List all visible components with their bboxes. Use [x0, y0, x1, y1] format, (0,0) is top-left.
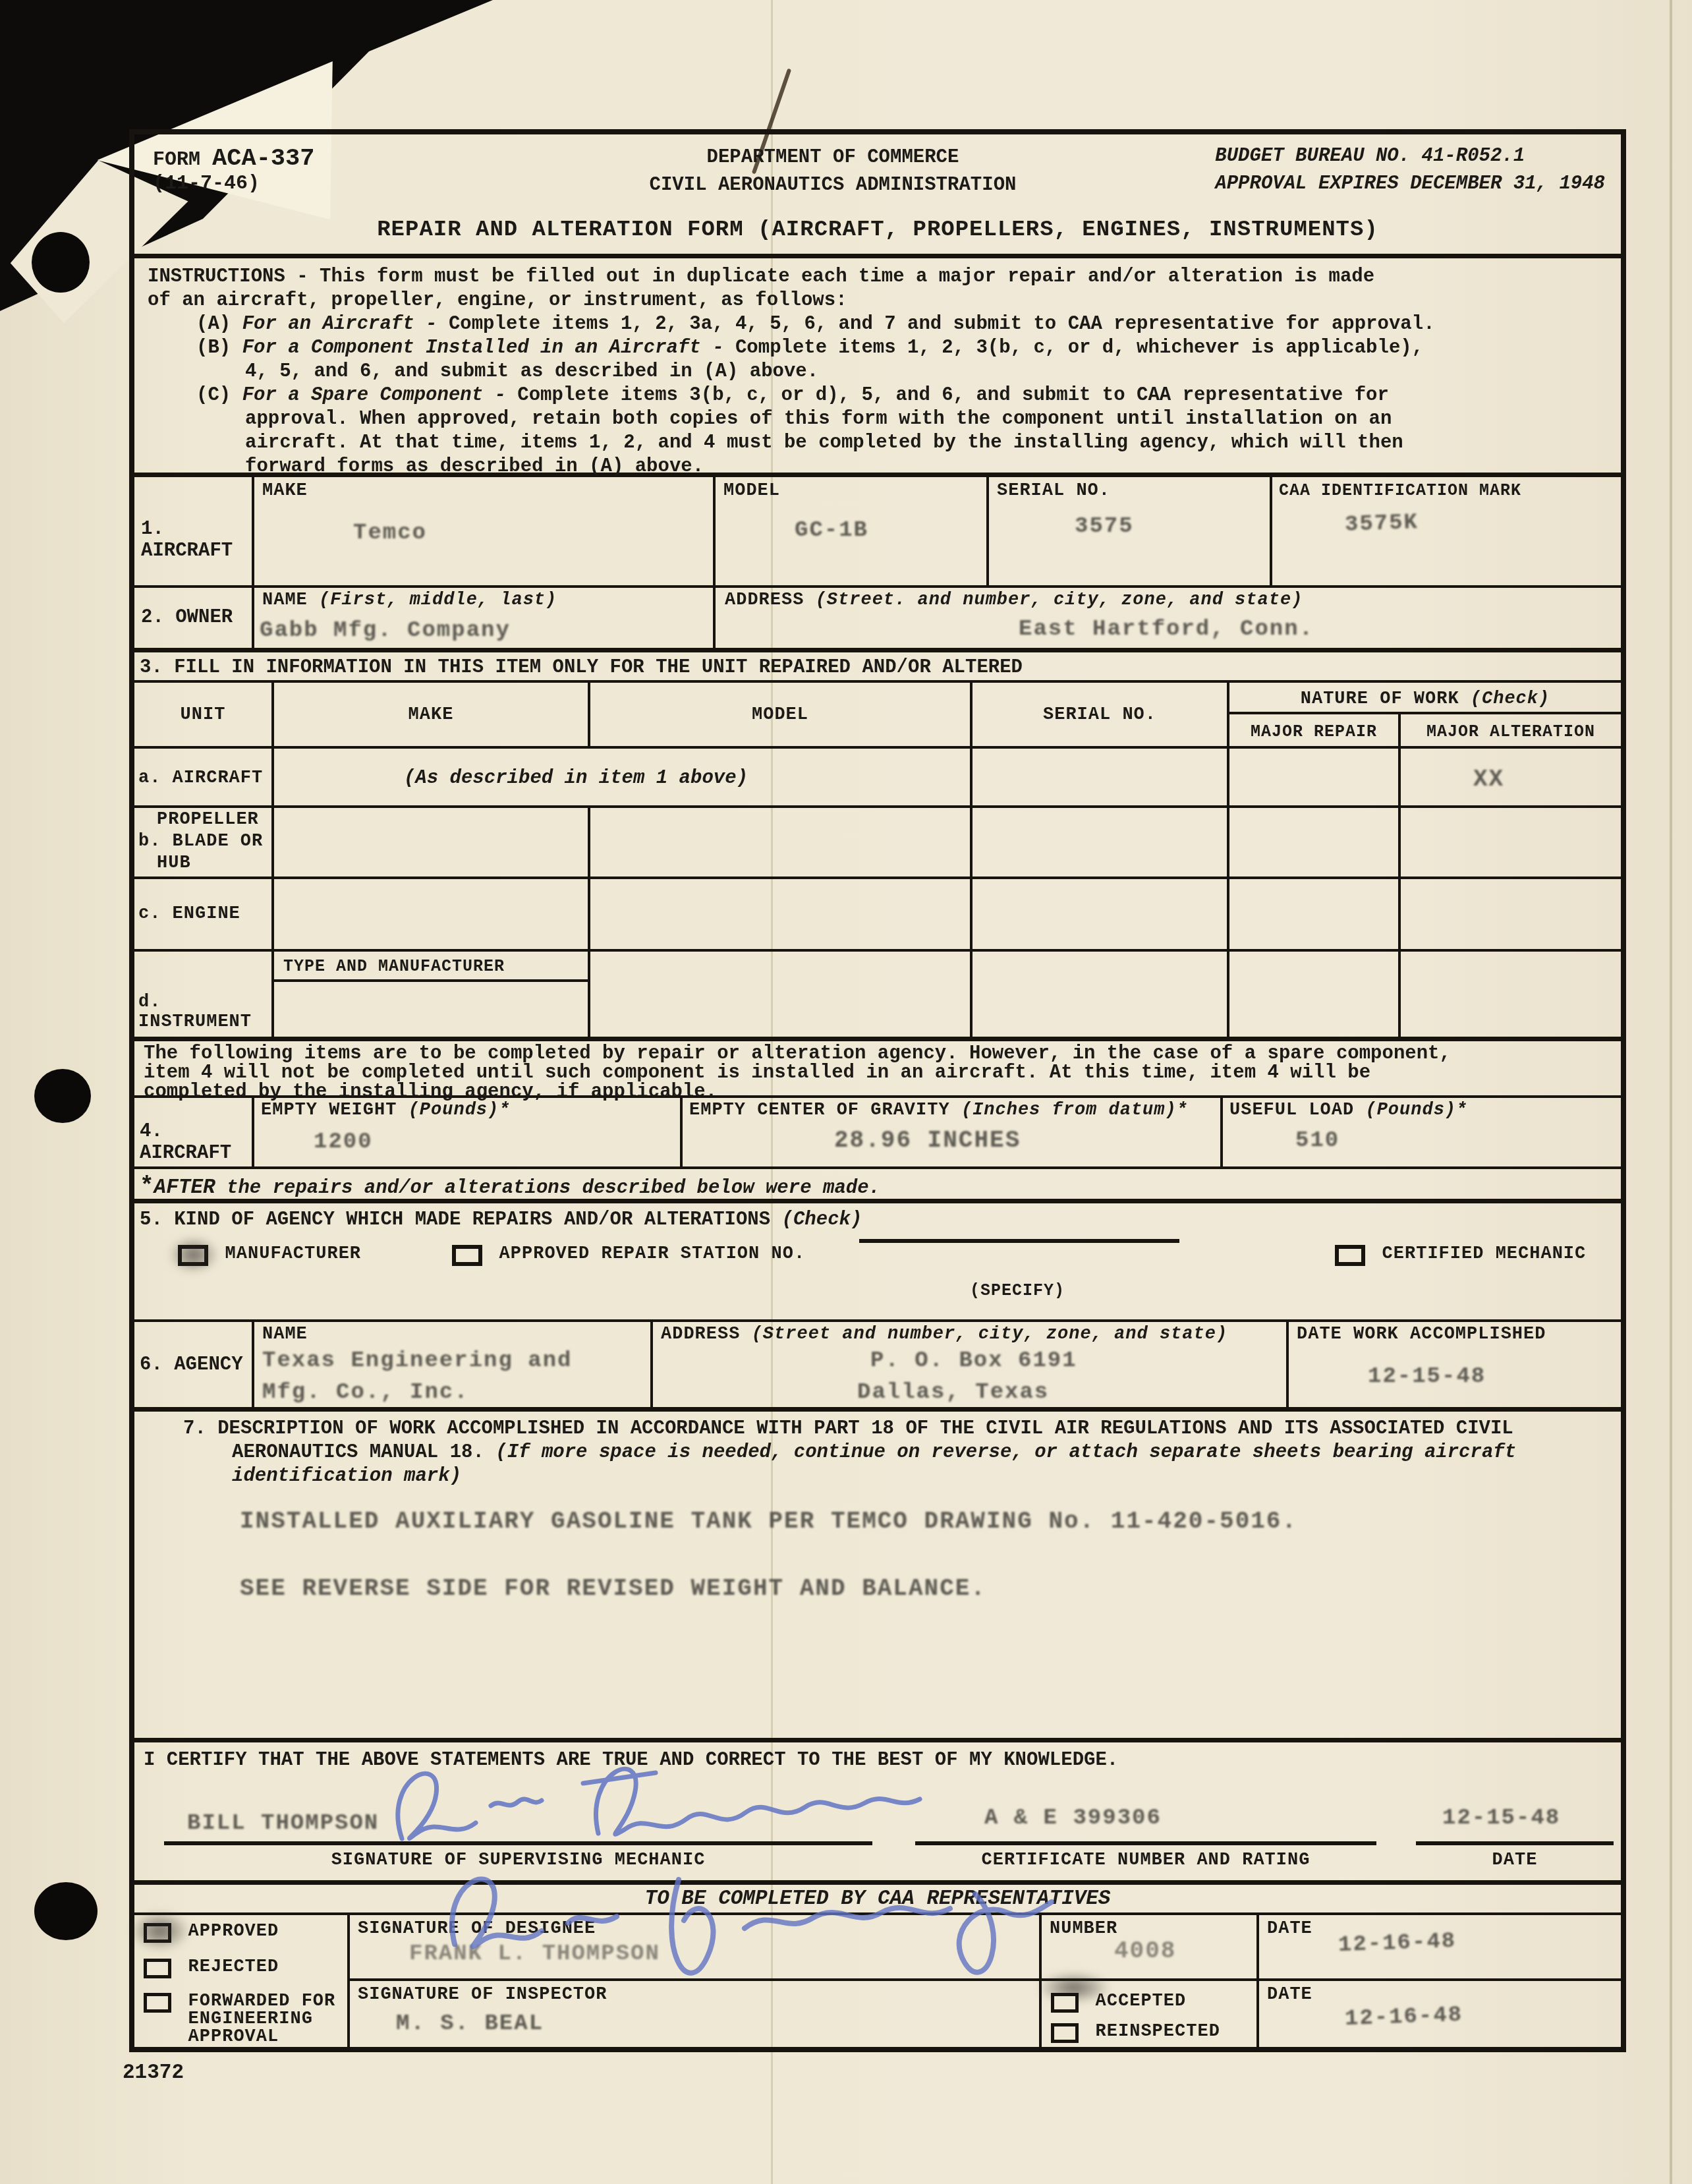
row-b-major-repair-cell[interactable]: [1229, 808, 1401, 876]
instructions-label: INSTRUCTIONS -: [148, 266, 308, 287]
row-c-model-cell[interactable]: [590, 879, 973, 949]
item1-aircraft-row: 1. AIRCRAFT MAKE Temco MODEL GC-1B SERIA…: [134, 477, 1621, 588]
owner-address-label: ADDRESS (Street. and number, city, zone,…: [716, 588, 1621, 610]
agency-name-field[interactable]: NAME Texas Engineering and Mfg. Co., Inc…: [254, 1322, 653, 1407]
empty-weight-field[interactable]: EMPTY WEIGHT (Pounds)* 1200: [254, 1098, 683, 1166]
certified-mechanic-checkbox[interactable]: [1335, 1245, 1365, 1266]
approved-label: APPROVED: [188, 1922, 279, 1941]
item4-footnote: *AFTER the repairs and/or alterations de…: [134, 1169, 1621, 1203]
certificate-number-value: A & E 399306: [984, 1806, 1162, 1831]
instruction-b-lead: For a Component Installed in an Aircraft…: [242, 337, 724, 359]
budget-line1: BUDGET BUREAU NO. 41-R052.1: [1215, 142, 1605, 170]
aircraft-caa-id-field[interactable]: CAA IDENTIFICATION MARK 3575K: [1272, 477, 1621, 585]
title-row: REPAIR AND ALTERATION FORM (AIRCRAFT, PR…: [134, 212, 1621, 258]
row-a-major-repair-cell[interactable]: [1229, 749, 1401, 805]
row-b-major-alteration-cell[interactable]: [1401, 808, 1621, 876]
caa-id-label: CAA IDENTIFICATION MARK: [1272, 477, 1621, 500]
major-alteration-label: MAJOR ALTERATION: [1401, 714, 1621, 746]
row-c-serial-cell[interactable]: [973, 879, 1229, 949]
accepted-option[interactable]: ACCEPTED: [1051, 1992, 1186, 2013]
certificate-number-line[interactable]: [915, 1841, 1376, 1845]
work-description-area[interactable]: [148, 1497, 1608, 1731]
item1-label: 1. AIRCRAFT: [141, 518, 252, 561]
mechanic-signature-label: SIGNATURE OF SUPERVISING MECHANIC: [164, 1851, 872, 1870]
row-a-note: (As described in item 1 above): [274, 749, 970, 789]
row-d-major-alteration-cell[interactable]: [1401, 952, 1621, 1037]
accepted-label: ACCEPTED: [1096, 1992, 1187, 2011]
caa-table: APPROVED REJECTED FORWARDED FOR ENGINEER…: [134, 1915, 1621, 2047]
aircraft-model-value: GC-1B: [795, 518, 868, 543]
owner-name-value: Gabb Mfg. Company: [260, 618, 511, 643]
instruction-c-line4: forward forms as described in (A) above.: [148, 455, 1608, 478]
owner-address-value: East Hartford, Conn.: [1019, 617, 1314, 642]
repair-alteration-form: FORM ACA-337 (11-7-46) DEPARTMENT OF COM…: [129, 129, 1626, 2052]
instruction-c-line2: approval. When approved, retain both cop…: [148, 407, 1608, 431]
row-c-make-cell[interactable]: [274, 879, 590, 949]
item7-heading: 7. DESCRIPTION OF WORK ACCOMPLISHED IN A…: [134, 1412, 1621, 1488]
item5-heading: 5. KIND OF AGENCY WHICH MADE REPAIRS AND…: [134, 1203, 1621, 1230]
instructions-section: INSTRUCTIONS - This form must be filled …: [134, 258, 1621, 477]
row-a-serial-cell[interactable]: [973, 749, 1229, 805]
form-number: ACA-337: [212, 145, 314, 173]
aircraft-caa-id-value: 3575K: [1344, 510, 1419, 538]
certify-date-value: 12-15-48: [1442, 1806, 1560, 1831]
manufacturer-option-label: MANUFACTURER: [225, 1244, 361, 1264]
item6-agency-row: 6. AGENCY NAME Texas Engineering and Mfg…: [134, 1322, 1621, 1412]
instruction-b-line2: 4, 5, and 6, and submit as described in …: [148, 360, 1608, 384]
inspector-date-cell[interactable]: DATE 12-16-48: [1259, 1981, 1621, 2047]
repair-station-number-line[interactable]: [859, 1239, 1179, 1243]
item2-label: 2. OWNER: [141, 606, 233, 628]
item3-table-header: UNIT MAKE MODEL SERIAL NO. NATURE OF WOR…: [134, 683, 1621, 749]
row-b-label-cell: PROPELLER b. BLADE OR HUB: [134, 808, 274, 876]
date-work-accomplished-field[interactable]: DATE WORK ACCOMPLISHED 12-15-48: [1289, 1322, 1621, 1407]
inspector-label: SIGNATURE OF INSPECTOR: [350, 1981, 1039, 2005]
col-model-header: MODEL: [590, 683, 973, 746]
row-d-serial-cell[interactable]: [973, 952, 1229, 1037]
agency-name-value-line2: Mfg. Co., Inc.: [262, 1380, 469, 1405]
certification-section: I CERTIFY THAT THE ABOVE STATEMENTS ARE …: [134, 1742, 1621, 1885]
item4-aircraft-row: 4. AIRCRAFT EMPTY WEIGHT (Pounds)* 1200 …: [134, 1098, 1621, 1169]
empty-weight-label: EMPTY WEIGHT (Pounds)*: [254, 1098, 680, 1120]
control-number: 21372: [123, 2061, 184, 2084]
item3-row-propeller: PROPELLER b. BLADE OR HUB: [134, 808, 1621, 879]
inspector-typed-name: M. S. BEAL: [396, 2011, 544, 2036]
department-block: DEPARTMENT OF COMMERCE CIVIL AERONAUTICS…: [503, 144, 1162, 199]
owner-name-label: NAME (First, middle, last): [254, 588, 713, 610]
instruction-a-lead: For an Aircraft -: [242, 313, 437, 335]
instruction-c-line1: (C) For a Spare Component - Complete ite…: [148, 384, 1608, 407]
instructions-intro-line1: INSTRUCTIONS - This form must be filled …: [148, 265, 1608, 289]
cg-label: EMPTY CENTER OF GRAVITY (Inches from dat…: [683, 1098, 1220, 1120]
useful-load-label: USEFUL LOAD (Pounds)*: [1223, 1098, 1621, 1120]
instruction-c-lead: For a Spare Component -: [242, 384, 506, 406]
designee-label: SIGNATURE OF DESIGNEE: [350, 1915, 1039, 1939]
item7-section: 7. DESCRIPTION OF WORK ACCOMPLISHED IN A…: [134, 1412, 1621, 1742]
col-nature-header: NATURE OF WORK (Check) MAJOR REPAIR MAJO…: [1229, 683, 1621, 746]
certified-mechanic-option-label: CERTIFIED MECHANIC: [1382, 1244, 1587, 1264]
row-d-label-cell: d. INSTRUMENT: [134, 952, 274, 1037]
row-d-major-repair-cell[interactable]: [1229, 952, 1401, 1037]
major-repair-label: MAJOR REPAIR: [1229, 714, 1401, 746]
reinspected-checkbox[interactable]: [1051, 2023, 1079, 2043]
row-a-major-alteration-cell[interactable]: XX: [1401, 749, 1621, 805]
scanned-document: { "header": { "form_label": "FORM", "for…: [0, 0, 1692, 2184]
department-line2: CIVIL AERONAUTICS ADMINISTRATION: [503, 171, 1162, 199]
type-and-manufacturer-label: TYPE AND MANUFACTURER: [274, 952, 588, 982]
item3-row-aircraft: a. AIRCRAFT (As described in item 1 abov…: [134, 749, 1621, 808]
specify-label: (SPECIFY): [912, 1281, 1123, 1300]
paper-edge-crease: [1670, 0, 1672, 2184]
punch-hole: [34, 1882, 98, 1940]
budget-line2: APPROVAL EXPIRES DECEMBER 31, 1948: [1215, 170, 1605, 198]
inspector-signature-cell[interactable]: SIGNATURE OF INSPECTOR M. S. BEAL: [350, 1981, 1042, 2047]
agency-address-field[interactable]: ADDRESS (Street and number, city, zone, …: [653, 1322, 1289, 1407]
approved-checkbox[interactable]: [144, 1923, 171, 1943]
instruction-a: (A) For an Aircraft - Complete items 1, …: [148, 312, 1608, 336]
date-work-accomplished-value: 12-15-48: [1368, 1364, 1486, 1389]
row-b-serial-cell[interactable]: [973, 808, 1229, 876]
certified-mechanic-option[interactable]: CERTIFIED MECHANIC: [1335, 1244, 1586, 1266]
item3-heading: 3. FILL IN INFORMATION IN THIS ITEM ONLY…: [134, 652, 1621, 678]
instruction-c-line3: aircraft. At that time, items 1, 2, and …: [148, 431, 1608, 455]
row-c-major-alteration-cell[interactable]: [1401, 879, 1621, 949]
agency-address-label: ADDRESS (Street and number, city, zone, …: [653, 1322, 1286, 1344]
repair-station-checkbox[interactable]: [452, 1245, 482, 1266]
rejected-label: REJECTED: [188, 1957, 279, 1977]
aircraft-serial-value: 3575: [1075, 514, 1134, 539]
aircraft-make-value: Temco: [353, 521, 427, 546]
designee-typed-name: FRANK L. THOMPSON: [409, 1941, 660, 1967]
owner-address-field[interactable]: ADDRESS (Street. and number, city, zone,…: [716, 588, 1621, 648]
aircraft-make-field[interactable]: MAKE Temco: [254, 477, 716, 585]
item2-label-cell: 2. OWNER: [134, 588, 254, 648]
mechanic-signature-line[interactable]: [164, 1841, 872, 1845]
item6-label-cell: 6. AGENCY: [134, 1322, 254, 1407]
row-c-label-cell: c. ENGINE: [134, 879, 274, 949]
certify-date-label: DATE: [1416, 1851, 1614, 1870]
inspection-result-cell: ACCEPTED REINSPECTED: [1042, 1981, 1259, 2047]
item3-row-engine: c. ENGINE: [134, 879, 1621, 952]
aircraft-serial-field[interactable]: SERIAL NO. 3575: [989, 477, 1272, 585]
item4-note: The following items are to be completed …: [134, 1041, 1621, 1098]
designee-signature-cell[interactable]: SIGNATURE OF DESIGNEE FRANK L. THOMPSON: [350, 1915, 1042, 1981]
certify-statement: I CERTIFY THAT THE ABOVE STATEMENTS ARE …: [134, 1742, 1621, 1771]
date-work-accomplished-label: DATE WORK ACCOMPLISHED: [1289, 1322, 1621, 1344]
item2-owner-row: 2. OWNER NAME (First, middle, last) Gabb…: [134, 588, 1621, 652]
form-header: FORM ACA-337 (11-7-46) DEPARTMENT OF COM…: [134, 134, 1621, 212]
rejected-option[interactable]: REJECTED: [144, 1957, 279, 1978]
col-serial-header: SERIAL NO.: [973, 683, 1229, 746]
useful-load-field[interactable]: USEFUL LOAD (Pounds)* 510: [1223, 1098, 1621, 1166]
form-number-block: FORM ACA-337 (11-7-46): [153, 145, 314, 195]
certify-date-line[interactable]: [1416, 1841, 1614, 1845]
col-make-header: MAKE: [274, 683, 590, 746]
serial-label: SERIAL NO.: [989, 477, 1270, 501]
item5-section: 5. KIND OF AGENCY WHICH MADE REPAIRS AND…: [134, 1203, 1621, 1322]
repair-station-option-label: APPROVED REPAIR STATION NO.: [499, 1244, 805, 1264]
page-title: REPAIR AND ALTERATION FORM (AIRCRAFT, PR…: [134, 212, 1621, 243]
reinspected-label: REINSPECTED: [1096, 2022, 1220, 2042]
reinspected-option[interactable]: REINSPECTED: [1051, 2022, 1220, 2043]
number-value: 4008: [1114, 1938, 1176, 1965]
forwarded-label: FORWARDED FOR ENGINEERING APPROVAL: [188, 1993, 336, 2046]
inspector-date-label: DATE: [1259, 1981, 1621, 2005]
caa-heading: TO BE COMPLETED BY CAA REPRESENTATIVES: [134, 1885, 1621, 1911]
item3-heading-row: 3. FILL IN INFORMATION IN THIS ITEM ONLY…: [134, 652, 1621, 683]
row-d-make-cell[interactable]: TYPE AND MANUFACTURER: [274, 952, 590, 1037]
nature-of-work-label: NATURE OF WORK (Check): [1229, 683, 1621, 714]
designee-number-cell[interactable]: NUMBER 4008: [1042, 1915, 1259, 1981]
mechanic-typed-name: BILL THOMPSON: [187, 1811, 379, 1836]
manufacturer-option[interactable]: MANUFACTURER: [178, 1244, 361, 1266]
repair-station-option[interactable]: APPROVED REPAIR STATION NO.: [452, 1244, 805, 1266]
designee-date-cell[interactable]: DATE 12-16-48: [1259, 1915, 1621, 1981]
approved-option[interactable]: APPROVED: [144, 1922, 279, 1943]
row-c-major-repair-cell[interactable]: [1229, 879, 1401, 949]
manufacturer-checkbox[interactable]: [178, 1245, 208, 1266]
cg-value: 28.96 INCHES: [834, 1127, 1021, 1154]
major-alteration-mark: XX: [1473, 766, 1504, 793]
rejected-checkbox[interactable]: [144, 1959, 171, 1978]
agency-name-label: NAME: [254, 1322, 650, 1344]
item4-label-cell: 4. AIRCRAFT: [134, 1098, 254, 1166]
caa-decision-cell: APPROVED REJECTED FORWARDED FOR ENGINEER…: [134, 1915, 350, 2047]
owner-name-field[interactable]: NAME (First, middle, last) Gabb Mfg. Com…: [254, 588, 716, 648]
certificate-number-label: CERTIFICATE NUMBER AND RATING: [915, 1851, 1376, 1870]
instructions-intro-line2: of an aircraft, propeller, engine, or in…: [148, 289, 1608, 312]
item3-row-instrument: d. INSTRUMENT TYPE AND MANUFACTURER: [134, 952, 1621, 1041]
row-b-model-cell[interactable]: [590, 808, 973, 876]
inspector-date-value: 12-16-48: [1344, 2003, 1463, 2032]
punch-hole: [32, 232, 90, 293]
agency-address-value-line2: Dallas, Texas: [857, 1380, 1049, 1405]
caa-heading-row: TO BE COMPLETED BY CAA REPRESENTATIVES: [134, 1885, 1621, 1915]
row-d-model-cell[interactable]: [590, 952, 973, 1037]
forwarded-option[interactable]: FORWARDED FOR ENGINEERING APPROVAL: [144, 1993, 335, 2046]
make-label: MAKE: [254, 477, 713, 501]
accepted-checkbox[interactable]: [1051, 1993, 1079, 2013]
aircraft-model-field[interactable]: MODEL GC-1B: [716, 477, 989, 585]
budget-block: BUDGET BUREAU NO. 41-R052.1 APPROVAL EXP…: [1215, 142, 1605, 198]
useful-load-value: 510: [1295, 1128, 1339, 1153]
model-label: MODEL: [716, 477, 986, 501]
form-date: (11-7-46): [153, 173, 314, 195]
designee-date-value: 12-16-48: [1338, 1929, 1456, 1958]
form-label: FORM: [153, 149, 200, 171]
cg-field[interactable]: EMPTY CENTER OF GRAVITY (Inches from dat…: [683, 1098, 1223, 1166]
agency-name-value-line1: Texas Engineering and: [262, 1348, 572, 1373]
punch-hole: [34, 1069, 91, 1123]
empty-weight-value: 1200: [314, 1130, 373, 1155]
agency-address-value-line1: P. O. Box 6191: [870, 1348, 1077, 1373]
col-unit-header: UNIT: [134, 683, 274, 746]
row-a-make-model-cell[interactable]: (As described in item 1 above): [274, 749, 973, 805]
forwarded-checkbox[interactable]: [144, 1993, 171, 2013]
item1-label-cell: 1. AIRCRAFT: [134, 477, 254, 585]
row-a-label-cell: a. AIRCRAFT: [134, 749, 274, 805]
instruction-b-line1: (B) For a Component Installed in an Airc…: [148, 336, 1608, 360]
number-label: NUMBER: [1042, 1915, 1256, 1939]
row-b-make-cell[interactable]: [274, 808, 590, 876]
department-line1: DEPARTMENT OF COMMERCE: [503, 144, 1162, 171]
